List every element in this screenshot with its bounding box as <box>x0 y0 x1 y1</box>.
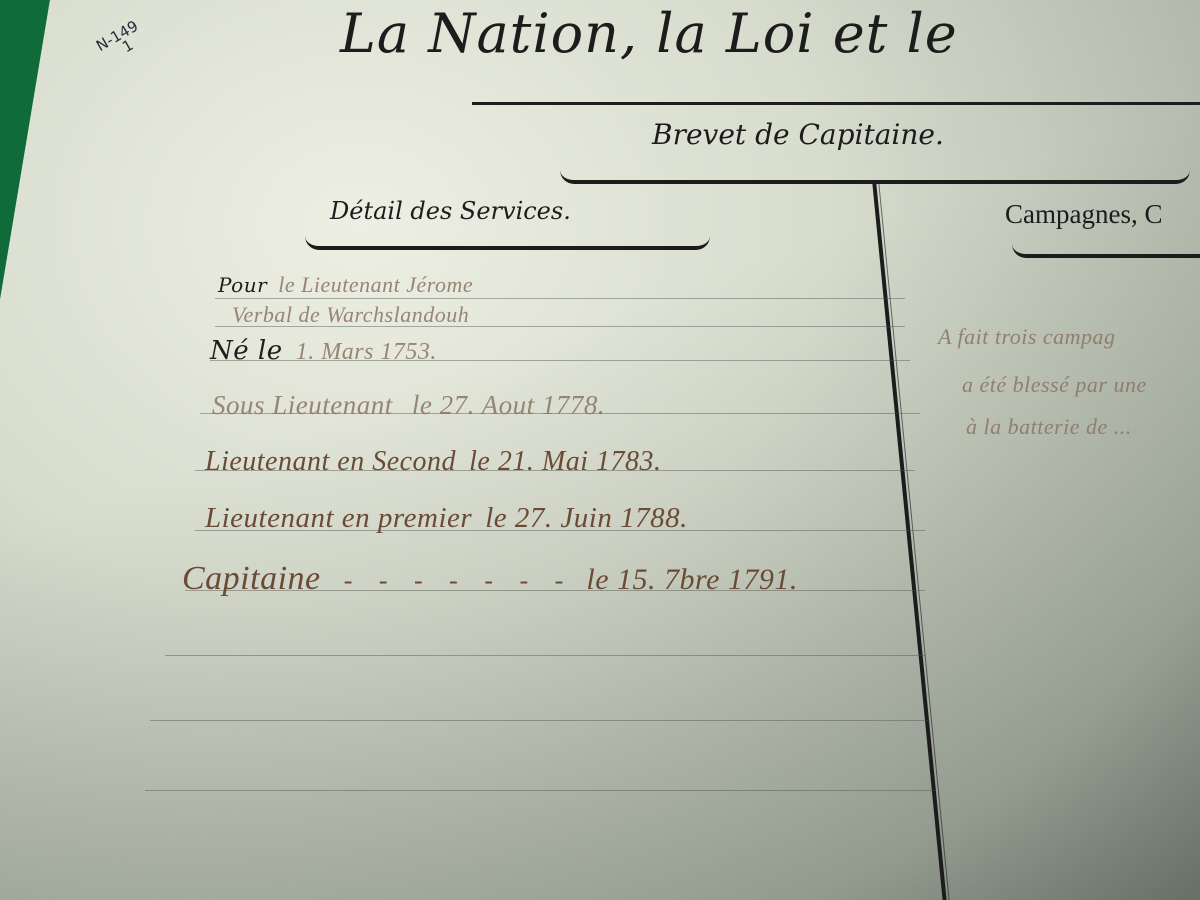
service-entry: Sous Lieutenant le 27. Aout 1778. <box>212 390 605 421</box>
birth-line: Né le 1. Mars 1753. <box>210 336 437 366</box>
campaigns-brace <box>1012 244 1200 258</box>
campaigns-heading: Campagnes, C <box>1005 199 1162 230</box>
ruled-line <box>145 790 935 791</box>
service-date: le 15. 7bre 1791. <box>586 563 798 596</box>
service-date: le 21. Mai 1783. <box>469 446 661 477</box>
service-entry: Lieutenant en Second le 21. Mai 1783. <box>205 446 661 478</box>
birth-label: Né le <box>210 336 283 366</box>
recipient-prefix: Pour <box>218 273 267 297</box>
ruled-line <box>215 298 905 299</box>
service-entry: Capitaine - - - - - - - le 15. 7bre 1791… <box>182 560 798 598</box>
service-rank: Lieutenant en Second <box>205 446 456 477</box>
service-rank: Lieutenant en premier <box>205 502 472 534</box>
campaign-note: à la batterie de ... <box>966 414 1132 440</box>
document-subtitle: Brevet de Capitaine. <box>652 118 944 151</box>
ruled-line <box>150 720 930 721</box>
recipient-line-1: Pour le Lieutenant Jérome <box>218 272 473 298</box>
service-leader: - - - - - - - <box>344 566 574 595</box>
service-entry: Lieutenant en premier le 27. Juin 1788. <box>205 502 688 535</box>
service-date: le 27. Aout 1778. <box>412 390 605 420</box>
title-rule <box>472 102 1200 105</box>
campaign-note: A fait trois campag <box>938 324 1116 350</box>
service-rank: Capitaine <box>182 560 321 597</box>
recipient-name-2: Verbal de Warchslandouh <box>232 302 469 328</box>
ruled-line <box>165 655 925 656</box>
service-rank: Sous Lieutenant <box>212 390 393 420</box>
document-title: La Nation, la Loi et le <box>340 2 958 65</box>
services-brace <box>305 236 710 250</box>
birth-date: 1. Mars 1753. <box>296 339 437 365</box>
recipient-name-1: le Lieutenant Jérome <box>278 272 473 297</box>
service-date: le 27. Juin 1788. <box>485 502 688 534</box>
campaign-note: a été blessé par une <box>962 372 1147 398</box>
services-heading: Détail des Services. <box>330 197 571 225</box>
